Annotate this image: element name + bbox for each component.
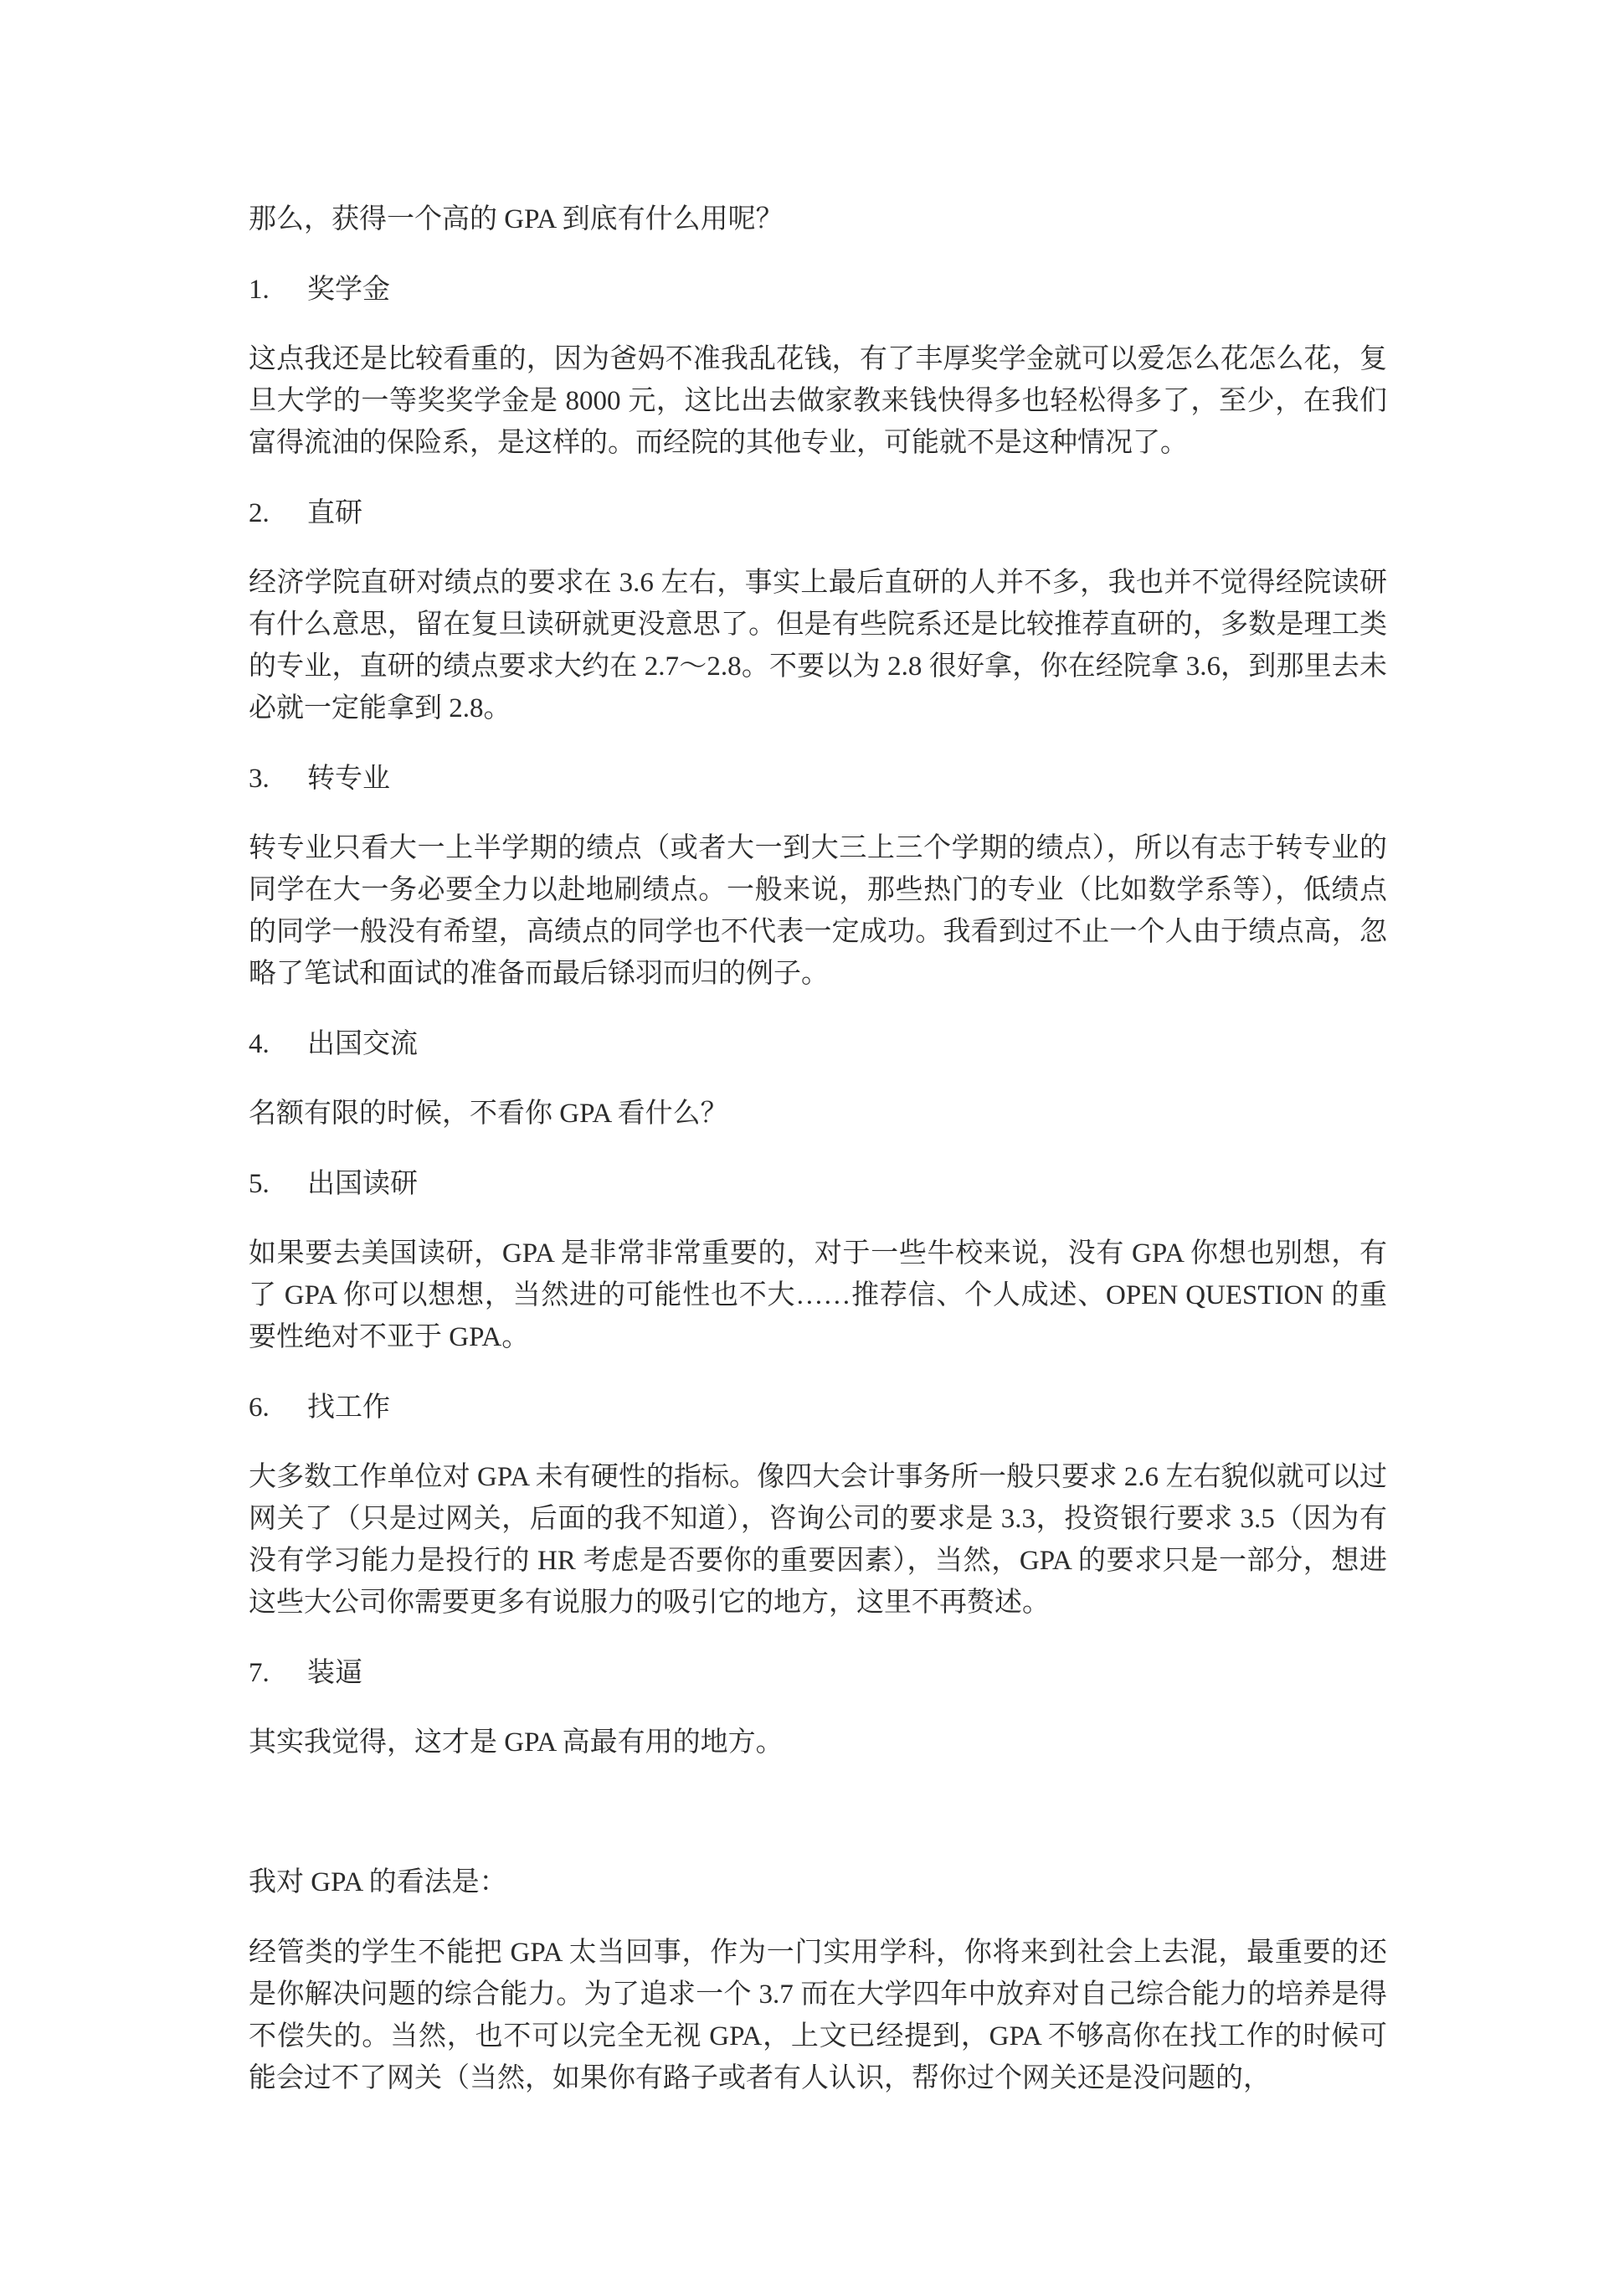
section-3-number: 3. — [249, 758, 307, 800]
section-2-heading: 2. 直研 — [249, 492, 1387, 534]
section-6-body: 大多数工作单位对 GPA 未有硬性的指标。像四大会计事务所一般只要求 2.6 左… — [249, 1456, 1387, 1624]
section-7-title: 装逼 — [307, 1652, 362, 1694]
section-2-body: 经济学院直研对绩点的要求在 3.6 左右，事实上最后直研的人并不多，我也并不觉得… — [249, 562, 1387, 729]
blank-line — [249, 1792, 1387, 1834]
section-1-body: 这点我还是比较看重的，因为爸妈不准我乱花钱，有了丰厚奖学金就可以爱怎么花怎么花，… — [249, 338, 1387, 464]
section-5-number: 5. — [249, 1163, 307, 1205]
section-6-title: 找工作 — [307, 1387, 390, 1429]
section-1-title: 奖学金 — [307, 269, 390, 311]
section-3-heading: 3. 转专业 — [249, 758, 1387, 800]
section-6-number: 6. — [249, 1387, 307, 1429]
section-4-number: 4. — [249, 1023, 307, 1065]
section-5-title: 出国读研 — [307, 1163, 418, 1205]
section-1-heading: 1. 奖学金 — [249, 269, 1387, 311]
section-4-title: 出国交流 — [307, 1023, 418, 1065]
conclusion-lead: 我对 GPA 的看法是： — [249, 1861, 1387, 1903]
section-1-number: 1. — [249, 269, 307, 311]
intro-paragraph: 那么，获得一个高的 GPA 到底有什么用呢？ — [249, 198, 1387, 240]
section-7-number: 7. — [249, 1652, 307, 1694]
section-2-title: 直研 — [307, 492, 362, 534]
section-6-heading: 6. 找工作 — [249, 1387, 1387, 1429]
section-3-title: 转专业 — [307, 758, 390, 800]
section-4-body: 名额有限的时候，不看你 GPA 看什么？ — [249, 1093, 1387, 1135]
document-page: 那么，获得一个高的 GPA 到底有什么用呢？ 1. 奖学金 这点我还是比较看重的… — [0, 0, 1624, 2296]
section-5-body: 如果要去美国读研，GPA 是非常非常重要的，对于一些牛校来说，没有 GPA 你想… — [249, 1233, 1387, 1358]
conclusion-body: 经管类的学生不能把 GPA 太当回事，作为一门实用学科，你将来到社会上去混，最重… — [249, 1932, 1387, 2099]
section-3-body: 转专业只看大一上半学期的绩点（或者大一到大三上三个学期的绩点），所以有志于转专业… — [249, 827, 1387, 995]
section-7-body: 其实我觉得，这才是 GPA 高最有用的地方。 — [249, 1722, 1387, 1763]
section-2-number: 2. — [249, 492, 307, 534]
section-7-heading: 7. 装逼 — [249, 1652, 1387, 1694]
section-4-heading: 4. 出国交流 — [249, 1023, 1387, 1065]
section-5-heading: 5. 出国读研 — [249, 1163, 1387, 1205]
